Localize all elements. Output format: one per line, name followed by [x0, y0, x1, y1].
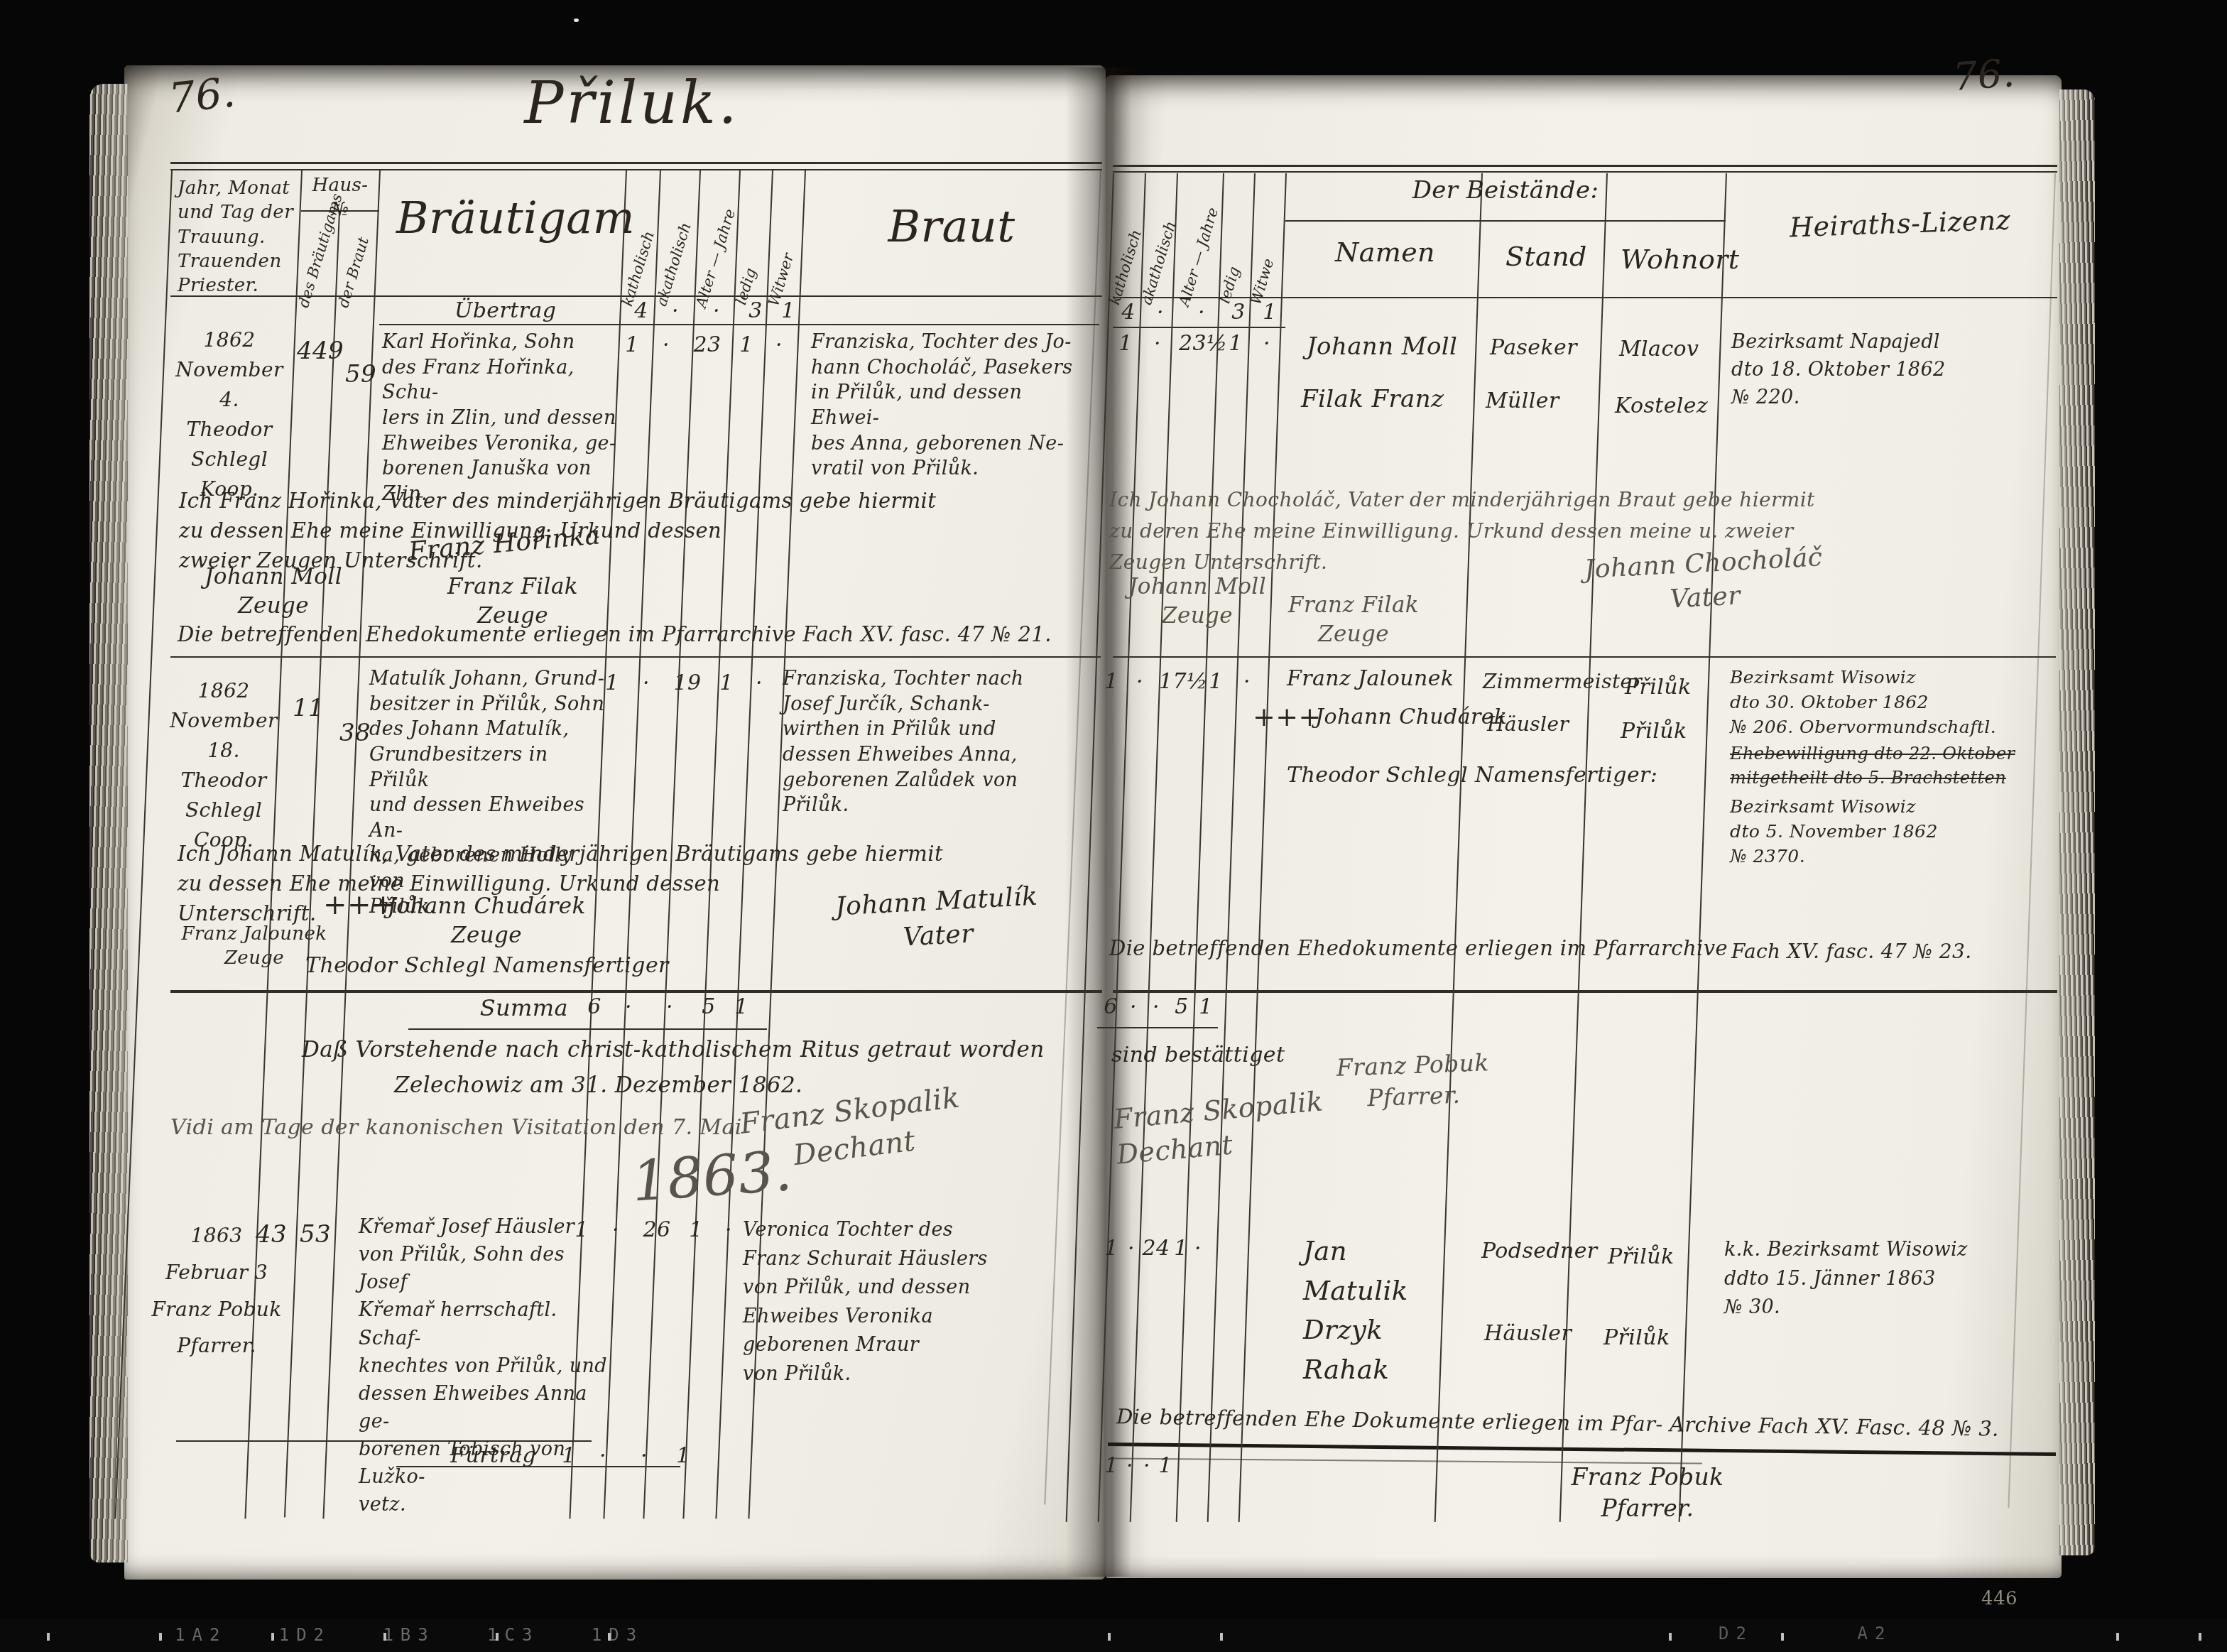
- record2-house-groom: 11: [287, 692, 330, 724]
- visitation-note: Vidi am Tage der kanonischen Visitation …: [170, 1114, 742, 1142]
- record1-house-groom: 449: [297, 335, 339, 367]
- film-tick: [1781, 1633, 1784, 1641]
- carry-out-age: ·: [624, 1442, 664, 1470]
- summa-acatholic: ·: [613, 993, 644, 1021]
- record2-license-part1: Bezirksamt Wisowiz dto 30. Oktober 1862 …: [1730, 665, 1996, 739]
- page-stack-edge-right: [2059, 89, 2095, 1555]
- record2-witness2-residence: Přilůk: [1621, 717, 1687, 746]
- record3-widower: ·: [713, 1216, 744, 1244]
- consent2-father-signature: Johann Matulík Vater: [829, 879, 1046, 958]
- record1-house-bride: 59: [339, 359, 382, 391]
- record2-license-struck2: mitgetheilt dto 5. Brachstetten: [1730, 767, 2006, 790]
- carry-out-age: ·: [1138, 1452, 1156, 1480]
- carry-in-widow: 1: [1256, 298, 1284, 327]
- summa-age: ·: [650, 993, 690, 1021]
- bottom-priest-signature: Franz Pobuk Pfarrer.: [1527, 1462, 1768, 1523]
- summa-single: 5: [1170, 993, 1193, 1021]
- film-tick: [2116, 1633, 2119, 1641]
- carry-out-single: 1: [1156, 1452, 1175, 1480]
- summa-widower: 1: [726, 993, 757, 1021]
- record1-acatholic: ·: [650, 331, 682, 359]
- column-header-bride: Braut: [859, 197, 1044, 256]
- summa-widow: 1: [1194, 993, 1217, 1021]
- record2-catholic: 1: [1097, 668, 1126, 696]
- carry-in-acatholic: ·: [1146, 298, 1175, 327]
- carry-out-single: 1: [668, 1442, 699, 1470]
- film-tick: [1220, 1633, 1223, 1641]
- carry-in-acatholic: ·: [660, 297, 691, 325]
- column-header-residence: Wohnort: [1621, 241, 1739, 277]
- record3-house-bride: 53: [294, 1219, 337, 1251]
- carry-in-single: 3: [740, 297, 771, 325]
- table-line: [1113, 990, 2057, 993]
- record3-bride-entry: Veronica Tochter des Franz Schurait Häus…: [743, 1216, 1027, 1389]
- table-line: [170, 656, 1101, 658]
- table-line: [170, 162, 1102, 164]
- record1-bride-entry: Franziska, Tochter des Jo- hann Chocholá…: [811, 330, 1095, 482]
- record3-age: 26: [637, 1216, 677, 1244]
- record3-single: 1: [680, 1216, 712, 1244]
- column-header-status: Stand: [1505, 239, 1587, 274]
- record2-license-struck1: Ehebewilligung dto 22. Oktober: [1730, 743, 2015, 766]
- consent1-archive-note: Die betreffenden Ehedokumente erliegen i…: [178, 621, 1052, 648]
- summa-acatholic: ·: [1122, 993, 1145, 1021]
- record2-name-signer: Theodor Schlegl Namensfertiger:: [1287, 761, 1657, 790]
- film-tick: [1669, 1633, 1672, 1641]
- confirmation-text: sind bestättiget: [1111, 1041, 1285, 1070]
- consent2-name-signer: Theodor Schlegl Namensfertiger: [305, 952, 669, 980]
- record1-license-entry: Bezirksamt Napajedl dto 18. Oktober 1862…: [1731, 328, 1946, 411]
- record2-witness1-residence: Přilůk: [1625, 673, 1692, 702]
- record2-acatholic: ·: [1126, 668, 1154, 696]
- record2-witness2-status: Häusler: [1487, 712, 1569, 738]
- carry-out-catholic: 1: [1102, 1452, 1121, 1480]
- table-line: [1113, 171, 2057, 173]
- consent1-line1: Ich Franz Hořinka, Vater des minderjähri…: [179, 487, 936, 514]
- record3-acatholic: ·: [1121, 1234, 1142, 1263]
- film-tick: [271, 1633, 274, 1641]
- carry-in-catholic: 4: [1114, 298, 1143, 327]
- record2-catholic: 1: [597, 669, 628, 697]
- right-page-number: 76.: [1951, 48, 2017, 102]
- record2-acatholic: ·: [631, 669, 662, 697]
- record2-date-priest: 1862 November 18. Theodor Schlegl Coop.: [156, 676, 291, 855]
- summa-label: Summa: [419, 993, 568, 1023]
- record1-age: 23: [687, 331, 727, 359]
- carry-out-catholic: 1: [553, 1442, 584, 1470]
- record2-witness2-name: Johann Chudárek: [1315, 703, 1507, 732]
- summa-single: 5: [693, 993, 724, 1021]
- column-header-groom: Bräutigam: [396, 189, 609, 247]
- consent1-witness1-signature: Johann Moll Zeuge: [1112, 572, 1283, 631]
- record1-acatholic: ·: [1143, 330, 1172, 358]
- record1-witness2-residence: Kostelez: [1615, 392, 1708, 420]
- carry-in-age: ·: [1183, 298, 1220, 327]
- record2-cross-marks: +++: [1253, 699, 1322, 734]
- carry-out-label: Fürtrag: [387, 1442, 536, 1470]
- record1-widow: ·: [1253, 330, 1281, 358]
- record2-single: 1: [711, 669, 742, 697]
- film-tick: [608, 1633, 611, 1641]
- left-page-number: 76.: [166, 65, 238, 126]
- film-tick: [496, 1633, 499, 1641]
- table-line: [1113, 165, 2057, 167]
- table-line: [1285, 220, 1726, 222]
- summa-catholic: 6: [1099, 993, 1122, 1021]
- record1-date-priest: 1862 November 4. Theodor Schlegl Koop.: [162, 325, 297, 504]
- column-header-date-priest: Jahr, Monat und Tag der Trauung. Trauend…: [178, 176, 298, 298]
- film-tick: [47, 1633, 50, 1641]
- film-tick: [383, 1633, 386, 1641]
- certification-line1: Daß Vorstehende nach christ-katholischem…: [302, 1036, 1045, 1065]
- consent1-witness2-signature: Franz Filak Zeuge: [1268, 591, 1439, 649]
- consent1-line1: Ich Johann Chocholáč, Vater der minderjä…: [1109, 487, 1815, 513]
- record2-witness1-status: Zimmermeister: [1483, 669, 1642, 695]
- record2-license-part2: Bezirksamt Wisowiz dto 5. November 1862 …: [1730, 794, 1938, 869]
- record3-witness-names: Jan Matulik Drzyk Rahak: [1303, 1232, 1408, 1389]
- column-header-witnesses-group: Der Beistände:: [1342, 175, 1669, 207]
- carry-in-label: Übertrag: [454, 297, 556, 325]
- record3-witness1-status: Podsedner: [1481, 1237, 1598, 1266]
- record1-witness1-residence: Mlacov: [1619, 335, 1699, 364]
- year-flourish: 1863.: [630, 1135, 795, 1219]
- record1-witness1-status: Paseker: [1490, 334, 1577, 362]
- microfilm-scan: 76. Přiluk. Jahr, Monat und Tag der Trau…: [0, 0, 2227, 1652]
- summa-age: ·: [1145, 993, 1167, 1021]
- frame-number: 446: [1981, 1587, 2018, 1611]
- record1-widower: ·: [763, 331, 795, 359]
- record2-age: 19: [668, 669, 707, 697]
- carry-out-acatholic: ·: [1121, 1452, 1139, 1480]
- parish-title: Přiluk.: [483, 65, 781, 142]
- record3-catholic: 1: [1101, 1234, 1122, 1263]
- film-tick: [159, 1633, 162, 1641]
- column-header-names: Namen: [1335, 234, 1435, 270]
- record3-witness1-residence: Přilůk: [1608, 1243, 1675, 1271]
- record1-single: 1: [1221, 330, 1250, 358]
- summa-catholic: 6: [579, 993, 610, 1021]
- consent2-line1: Ich Johann Matulík, Vater des minderjähr…: [178, 840, 943, 867]
- record1-catholic: 1: [616, 331, 648, 359]
- record3-catholic: 1: [566, 1216, 597, 1244]
- certification-line2: Zelechowiz am 31. Dezember 1862.: [394, 1071, 802, 1100]
- record1-witness1-name: Johann Moll: [1307, 331, 1457, 363]
- carry-in-widower: 1: [773, 297, 804, 325]
- record2-widower: ·: [744, 669, 775, 697]
- table-line: [170, 169, 1102, 170]
- consent1-father-signature: Johann Chocholáč Vater: [1575, 540, 1834, 621]
- carry-out-acatholic: ·: [587, 1442, 619, 1470]
- consent1-witness1-signature: Johann Moll Zeuge: [181, 563, 366, 621]
- record1-age: 23½: [1179, 330, 1216, 358]
- record2-bride-entry: Franziska, Tochter nach Josef Jurčík, Sc…: [783, 666, 1067, 818]
- film-tick: [2199, 1633, 2201, 1641]
- record2-witness1-name: Franz Jalounek: [1287, 665, 1454, 693]
- record1-witness2-status: Müller: [1486, 387, 1559, 415]
- record1-single: 1: [731, 331, 762, 359]
- record1-catholic: 1: [1111, 330, 1140, 358]
- record2-widow: ·: [1233, 668, 1261, 696]
- record3-house-groom: 43: [250, 1219, 293, 1251]
- carry-in-age: ·: [697, 297, 736, 325]
- record1-groom-entry: Karl Hořinka, Sohn des Franz Hořinka, Sc…: [382, 330, 620, 506]
- record2-archive-reference: Fach XV. fasc. 47 № 23.: [1731, 939, 1971, 965]
- table-line: [1113, 656, 2056, 658]
- carry-in-catholic: 4: [626, 297, 657, 325]
- confirmation-priest-signature: Franz Pobuk Pfarrer.: [1306, 1046, 1521, 1116]
- film-ruler-marks-right: D2 A2: [1719, 1624, 1893, 1643]
- record3-acatholic: ·: [600, 1216, 631, 1244]
- record3-age: 24: [1140, 1234, 1172, 1263]
- record2-archive-note: Die betreffenden Ehedokumente erliegen i…: [1109, 935, 1728, 962]
- film-speck: [574, 18, 579, 22]
- record2-age: 17½: [1159, 668, 1196, 696]
- record3-groom-entry: Křemař Josef Häusler von Přilůk, Sohn de…: [359, 1213, 607, 1519]
- carry-in-single: 3: [1224, 298, 1253, 327]
- record3-widow: ·: [1187, 1234, 1209, 1263]
- film-ruler-marks-left: 1A2 1D2 1B3 1C3 1D3: [175, 1625, 643, 1645]
- film-tick: [1108, 1633, 1111, 1641]
- record3-witness2-residence: Přilůk: [1603, 1324, 1670, 1352]
- record3-license-entry: k.k. Bezirksamt Wisowiz ddto 15. Jänner …: [1724, 1236, 1968, 1322]
- record3-witness2-status: Häusler: [1484, 1320, 1572, 1348]
- table-line: [408, 1028, 767, 1030]
- consent2-witness2-signature: Johann Chudárek Zeuge: [380, 892, 593, 950]
- consent1-line2: zu deren Ehe meine Einwilligung. Urkund …: [1109, 518, 1794, 545]
- record1-witness2-name: Filak Franz: [1301, 384, 1444, 415]
- record2-single: 1: [1202, 668, 1230, 696]
